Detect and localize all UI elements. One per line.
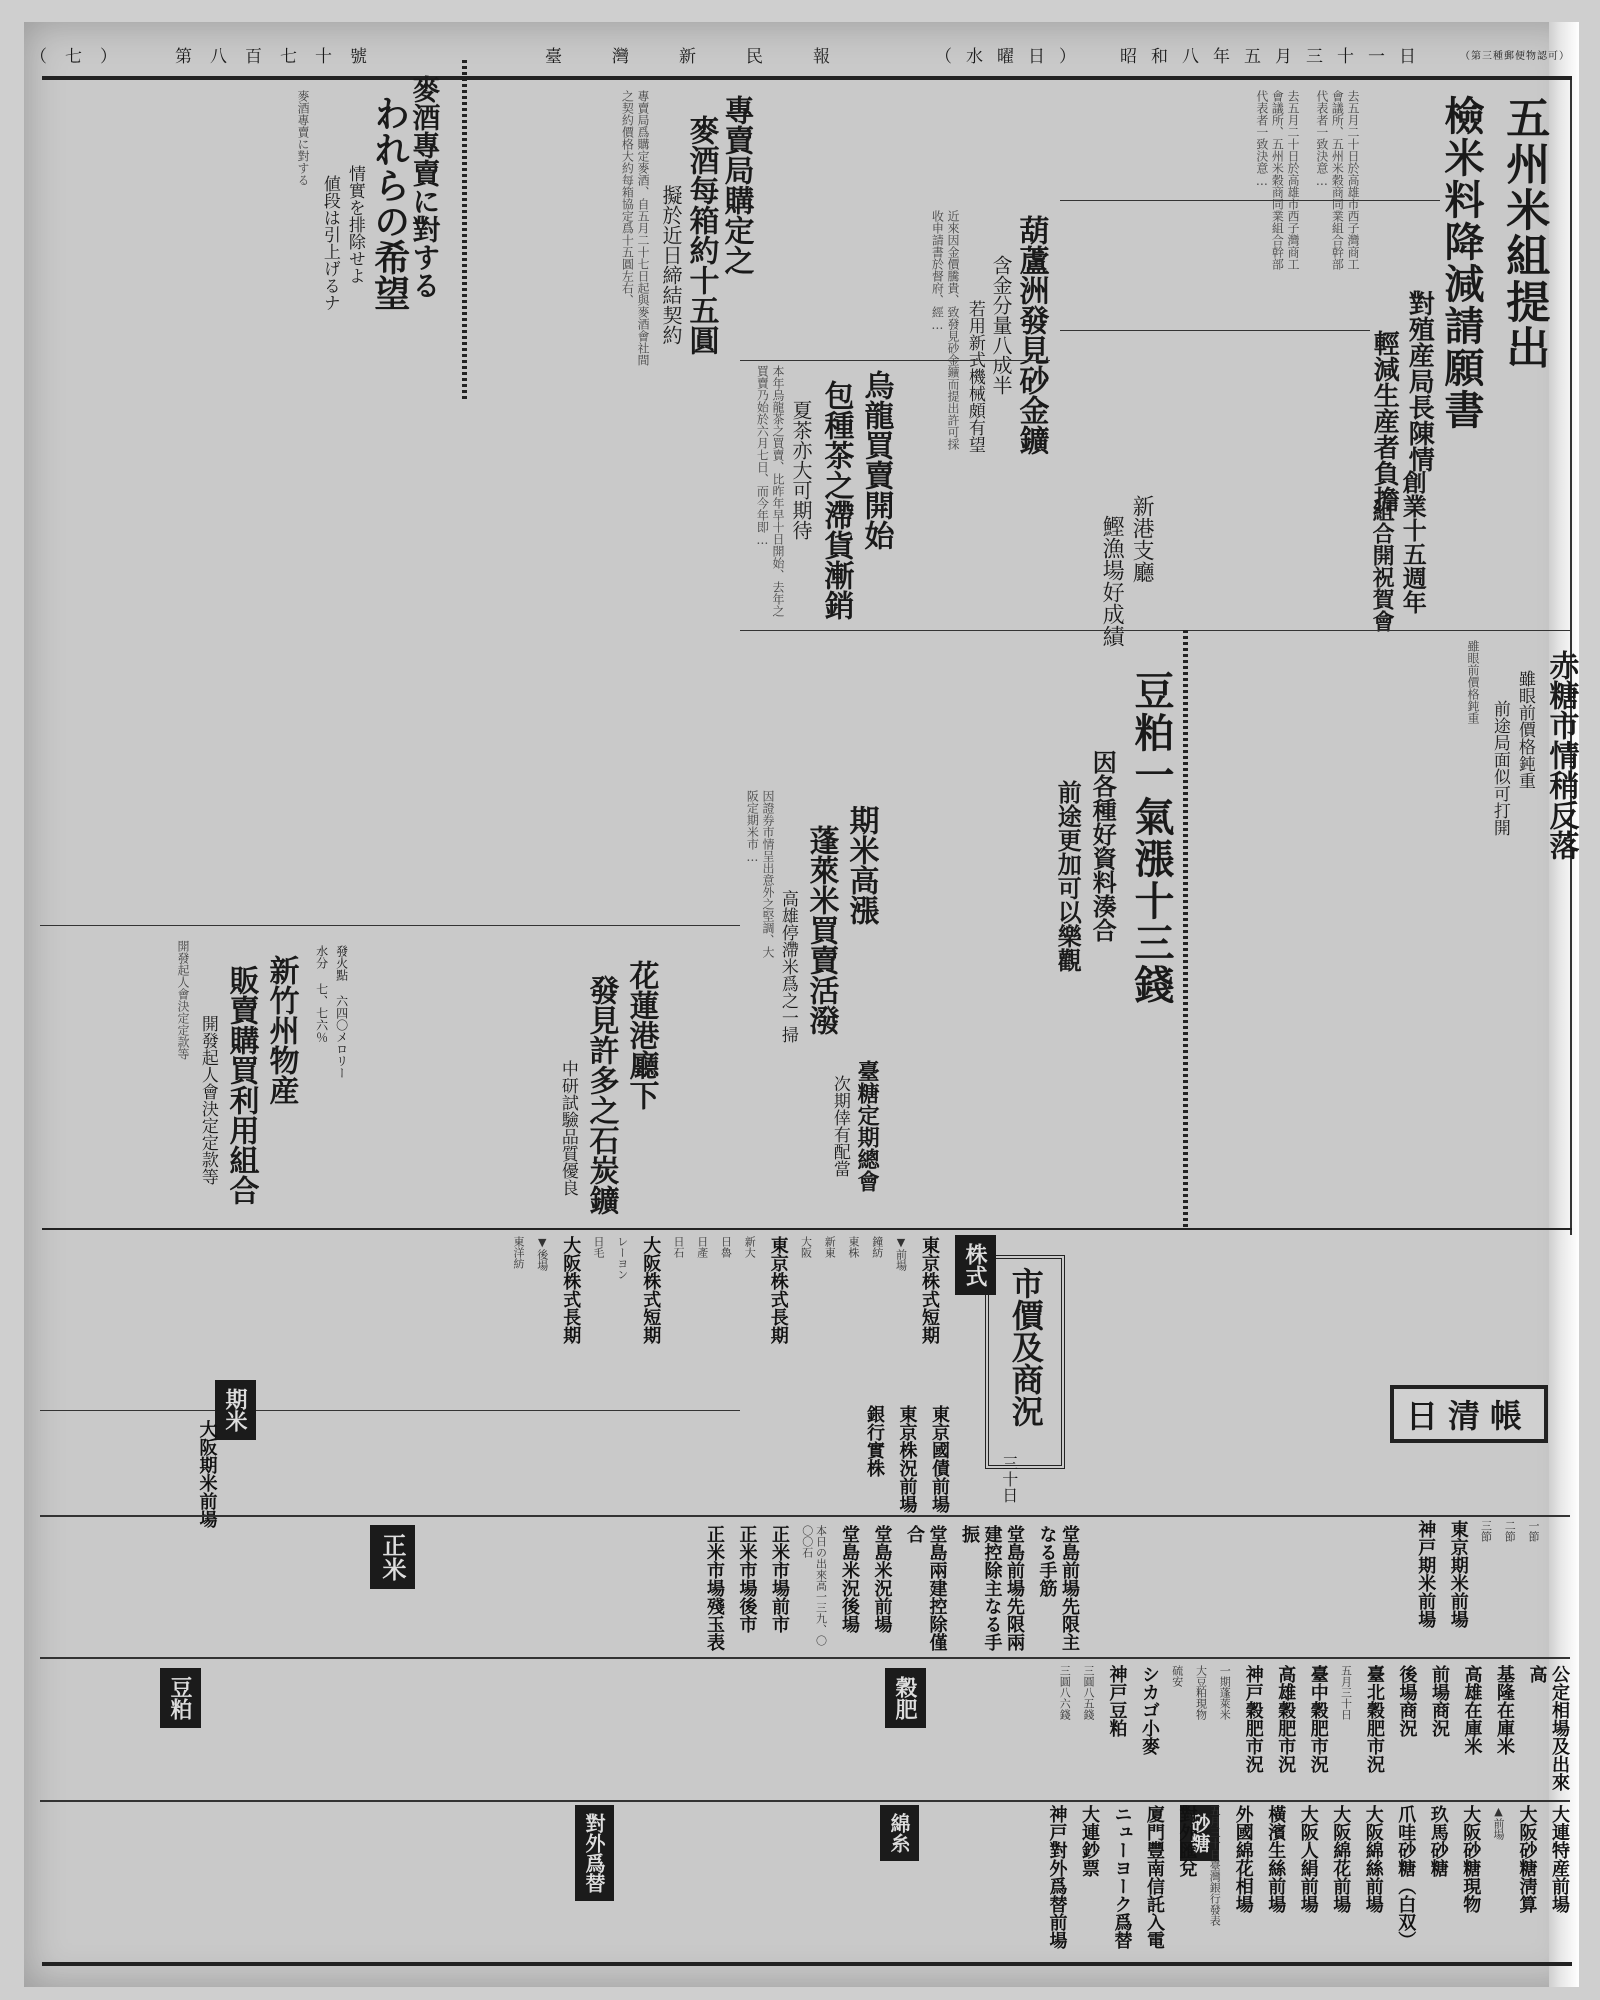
divider [1060, 200, 1440, 201]
issue-date: 昭和八年五月三十一日 [1120, 42, 1430, 67]
session-label: ▼後場 [535, 1236, 549, 1406]
table-title: 基隆在庫米 [1493, 1665, 1516, 1795]
masthead-rule [42, 76, 1572, 80]
stock-name: 日魯 [719, 1236, 733, 1406]
table-title: シカゴ小麥 [1138, 1665, 1161, 1795]
stock-name: 大阪 [799, 1236, 813, 1406]
bottom-tables: 大連特産前場 大阪砂糖淸算 ▲前場 大阪砂糖現物 玖馬砂糖 爪哇砂糖（白双） 大… [40, 1805, 1570, 1955]
ad-banner: 日清帳 [1390, 1385, 1548, 1443]
table-title: 廈門豐南信託入電 [1143, 1805, 1166, 1955]
headline-rice-guild: 五州米組提出 [1500, 95, 1546, 371]
headline-sugar-company: 臺糖定期總會 [855, 1060, 878, 1192]
masthead: （七） 第八百七十號 臺灣新民報 （水曜日） 昭和八年五月三十一日 （第三種郵便… [30, 34, 1570, 74]
headline2-beer-price: 麥酒每箱約十五圓 [685, 115, 717, 355]
table-title: 爪哇砂糖（白双） [1394, 1805, 1417, 1955]
rice-spot-table-title: 正米市場殘玉表 [703, 1525, 726, 1655]
headline2-hualien-coal: 發見許多之石炭鑛 [585, 975, 617, 1215]
table-title: 神戸豆粕 [1105, 1665, 1128, 1795]
body-gold-mine: 近來因金價騰貴、致發見砂金鑛而提出許可採收申請書於督府、經… [930, 210, 960, 460]
stock-name: 新大 [743, 1236, 757, 1406]
headline2-rice-futures: 蓬萊米買賣活潑 [805, 825, 837, 1035]
rice-spot-table-title: 堂島前場先限主なる手筋 [1035, 1525, 1080, 1655]
rice-spot-table-title: 正米市場後市 [735, 1525, 758, 1655]
stock-name: 東洋紡 [511, 1236, 525, 1406]
table-title: 神戸對外爲替前場 [1045, 1805, 1068, 1955]
ad-banner-text: 日清帳 [1406, 1391, 1532, 1437]
stock-name: 日產 [695, 1236, 709, 1406]
bean-cake-price: 三圓八六錢 [1058, 1665, 1072, 1795]
market-section-box: 市價及商況 [985, 1255, 1065, 1469]
stock-name: レーヨン [615, 1236, 629, 1406]
rice-futures-table-title: 大阪期米前場 [195, 1420, 218, 1528]
divider [740, 360, 1050, 361]
table-title: 玖馬砂糖 [1426, 1805, 1449, 1955]
stock-name: 日石 [671, 1236, 685, 1406]
stock-table-title: 大阪株式短期 [639, 1236, 662, 1406]
table-title: ニューヨーク爲替 [1110, 1805, 1133, 1955]
headline-gold-mine: 葫蘆洲發見砂金鑛 [1015, 215, 1047, 455]
item: 大豆粕現物 [1194, 1665, 1208, 1795]
headline-hualien-coal: 花蓮港廳下 [625, 960, 657, 1110]
exchange-date: 五月三十日臺灣銀行發表 [1208, 1805, 1222, 1955]
subhead2-brown-sugar: 前途局面似可打開 [1490, 700, 1508, 836]
table-title: 後場商況 [1395, 1665, 1418, 1795]
label-rice-futures: 期米 [215, 1380, 256, 1440]
rice-spot-volume: 本日の出來高一三九、〇〇〇石 [800, 1525, 828, 1655]
divider [40, 1800, 1570, 1802]
stock-name: 鐘紡 [870, 1236, 884, 1406]
subhead-brown-sugar: 雖眼前價格鈍重 [1515, 670, 1533, 789]
subhead-rice-futures: 高雄停滯米爲之一掃 [778, 890, 796, 1043]
label-stocks: 株式 [955, 1235, 996, 1295]
table-title: 大阪砂糖現物 [1459, 1805, 1482, 1955]
subhead-hsinchu: 開發起人會決定定款等 [198, 1015, 216, 1185]
coal-moisture: 水分 七、七六％ [315, 945, 328, 1043]
postal-note: （第三種郵便物認可） [1460, 47, 1570, 62]
table-title: 高雄在庫米 [1460, 1665, 1483, 1795]
page-number: （七） [30, 42, 135, 67]
rice-spot-table-title: 堂島米況前場 [870, 1525, 893, 1655]
body-beer-hope: 麥酒專賣に對する [40, 90, 310, 910]
stock-name: 新東 [823, 1236, 837, 1406]
table-title: 前場商況 [1428, 1665, 1451, 1795]
divider [40, 925, 740, 926]
table-title: 對外匯兌 [1175, 1805, 1198, 1955]
date: 五月三十日 [1339, 1665, 1353, 1795]
subhead2-bean-cake: 前途更加可以樂觀 [1055, 780, 1080, 972]
table-title: 大阪砂糖淸算 [1515, 1805, 1538, 1955]
session-label: ▼前場 [894, 1236, 908, 1406]
table-title: 大阪人絹前場 [1296, 1805, 1319, 1955]
issue-number: 第八百七十號 [175, 42, 385, 67]
headline2-new-port: 鰹漁場好成績 [1100, 515, 1123, 647]
month: 一節 [1526, 1520, 1540, 1660]
subhead-sugar-company: 次期倖有配當 [830, 1075, 848, 1177]
headline2-oolong: 包種茶之滯貨漸銷 [820, 380, 852, 620]
stock-name: 東株 [846, 1236, 860, 1406]
table-title: 橫濱生絲前場 [1264, 1805, 1287, 1955]
subhead2-gold-mine: 若用新式機械頗有望 [965, 300, 983, 453]
subhead-rice-guild: 對殖産局長陳情 [1405, 290, 1432, 472]
subhead2-rice-guild: 輕減生産者負擔 [1370, 330, 1397, 512]
subhead-gold-mine: 含金分量八成半 [990, 255, 1011, 395]
grain-tables: 公定相場及出來高 基隆在庫米 高雄在庫米 前場商況 後場商況 臺北穀肥市況 五月… [40, 1665, 1570, 1795]
table-title: 大阪綿絲前場 [1361, 1805, 1384, 1955]
divider [40, 1410, 740, 1411]
body-rice-guild: 去五月二十日於高雄市西子灣商工會議所、五州米穀商同業組合幹部代表者一致決意… [1300, 90, 1360, 280]
rice-spot-table-title: 堂島兩建控除僅合 [903, 1525, 948, 1655]
table-title: 大阪綿花前場 [1329, 1805, 1352, 1955]
month: 二節 [1503, 1520, 1517, 1660]
subhead-hualien-coal: 中研試驗品質優良 [558, 1060, 576, 1196]
rice-futures-table-title: 神戸期米前場 [1414, 1520, 1437, 1660]
rice-futures-table-title: 東京期米前場 [1446, 1520, 1469, 1660]
divider [740, 630, 1570, 631]
subhead-oolong: 夏茶亦大可期待 [790, 400, 811, 540]
table-title: 臺中穀肥市況 [1306, 1665, 1329, 1795]
divider [1060, 330, 1370, 331]
stock-table-title: 大阪株式長期 [559, 1236, 582, 1406]
stock-table-title: 東京株式長期 [766, 1236, 789, 1406]
body-brown-sugar: 雖眼前價格鈍重 [1200, 640, 1480, 1200]
item: 硫安 [1170, 1665, 1184, 1795]
label-bean-cake: 豆粕 [160, 1668, 201, 1728]
market-top-rule [42, 1228, 1572, 1230]
table-title: 高雄穀肥市況 [1274, 1665, 1297, 1795]
headline-beer-price: 專賣局購定之 [720, 95, 752, 275]
headline-anniversary: 創業十五週年 [1400, 470, 1425, 614]
stock-name: 日毛 [591, 1236, 605, 1406]
subhead2-beer-hope: 値段は引上げるナ [320, 175, 338, 311]
ornamental-rule [462, 60, 467, 400]
ornamental-rule [1183, 630, 1188, 1230]
coal-ignition-point: 發火點 六四〇メロリー [335, 945, 348, 1079]
stock-table-title: 東京株式短期 [918, 1236, 941, 1406]
rice-spot-table-title: 正米市場前市 [768, 1525, 791, 1655]
headline-bean-cake: 豆粕一氣漲十三錢 [1130, 670, 1172, 1006]
headline-hsinchu: 新竹州物産 [265, 955, 297, 1105]
item: 一期蓬萊米 [1218, 1665, 1232, 1795]
headline2-beer-hope: われらの希望 [370, 95, 408, 311]
rice-spot-table-title: 堂島前場先限兩建控除主なる手振 [958, 1525, 1026, 1655]
body-beer-price: 專賣局爲購定麥酒、自五月二十七日起與麥酒會社間之契約價格大約每箱協定爲十五圓左右… [500, 90, 650, 370]
session-label: ▲前場 [1491, 1805, 1505, 1955]
table-title: 外國綿花相場 [1231, 1805, 1254, 1955]
subhead-beer-price: 擬於近日締結契約 [660, 185, 681, 345]
headline-new-port: 新港支廳 [1130, 495, 1153, 583]
table-title: 神戸穀肥市況 [1241, 1665, 1264, 1795]
rice-spot-tables: 堂島前場先限主なる手筋 堂島前場先限兩建控除主なる手振 堂島兩建控除僅合 堂島米… [40, 1525, 1080, 1655]
bottom-rule [42, 1962, 1572, 1966]
body-rice-guild-2: 去五月二十日於高雄市西子灣商工會議所、五州米穀商同業組合幹部代表者一致決意… [1160, 90, 1300, 280]
headline2-anniversary: 組合開祝賀會 [1370, 500, 1393, 632]
body-hsinchu: 開發起人會決定定款等 [40, 940, 190, 1190]
weekday: （水曜日） [935, 42, 1090, 67]
rice-spot-table-title: 堂島米況後場 [838, 1525, 861, 1655]
body-rice-futures: 因證券市情呈出意外之堅調、大阪定期米市… [680, 790, 775, 960]
table-title: 臺北穀肥市況 [1363, 1665, 1386, 1795]
table-title: 公定相場及出來高 [1525, 1665, 1570, 1795]
month: 三節 [1479, 1520, 1493, 1660]
rice-futures-tables: 一節 二節 三節 東京期米前場 神戸期米前場 [1090, 1520, 1540, 1660]
subhead-beer-hope: 情實を排除せよ [345, 165, 363, 284]
headline2-rice-guild: 檢米料降減請願書 [1440, 95, 1482, 431]
headline-beer-hope: 麥酒專賣に對する [410, 75, 439, 299]
headline-rice-futures: 期米高漲 [845, 805, 877, 925]
table-title: 大連特産前場 [1548, 1805, 1571, 1955]
subhead-bean-cake: 因各種好資料湊合 [1090, 750, 1115, 942]
body-oolong: 本年烏龍茶之買賣、比昨年早十日開始、去年之買賣乃始於六月七日、而今年即… [740, 365, 785, 625]
paper-name: 臺灣新民報 [545, 42, 880, 67]
table-title: 大連鈔票 [1078, 1805, 1101, 1955]
headline2-hsinchu: 販賣購買利用組合 [225, 965, 257, 1205]
stock-tables: 東京株式短期 ▼前場 鐘紡 東株 新東 大阪 東京株式長期 新大 日魯 日產 日… [40, 1236, 940, 1406]
bean-cake-price: 三圓八五錢 [1081, 1665, 1095, 1795]
divider [40, 1515, 1570, 1517]
market-date: 三十日 [1000, 1455, 1017, 1503]
divider [40, 1657, 1570, 1659]
headline-brown-sugar: 赤糖市情稍反落 [1545, 650, 1577, 860]
headline-oolong: 烏龍買賣開始 [860, 370, 892, 550]
market-section-title: 市價及商況 [1008, 1267, 1042, 1427]
